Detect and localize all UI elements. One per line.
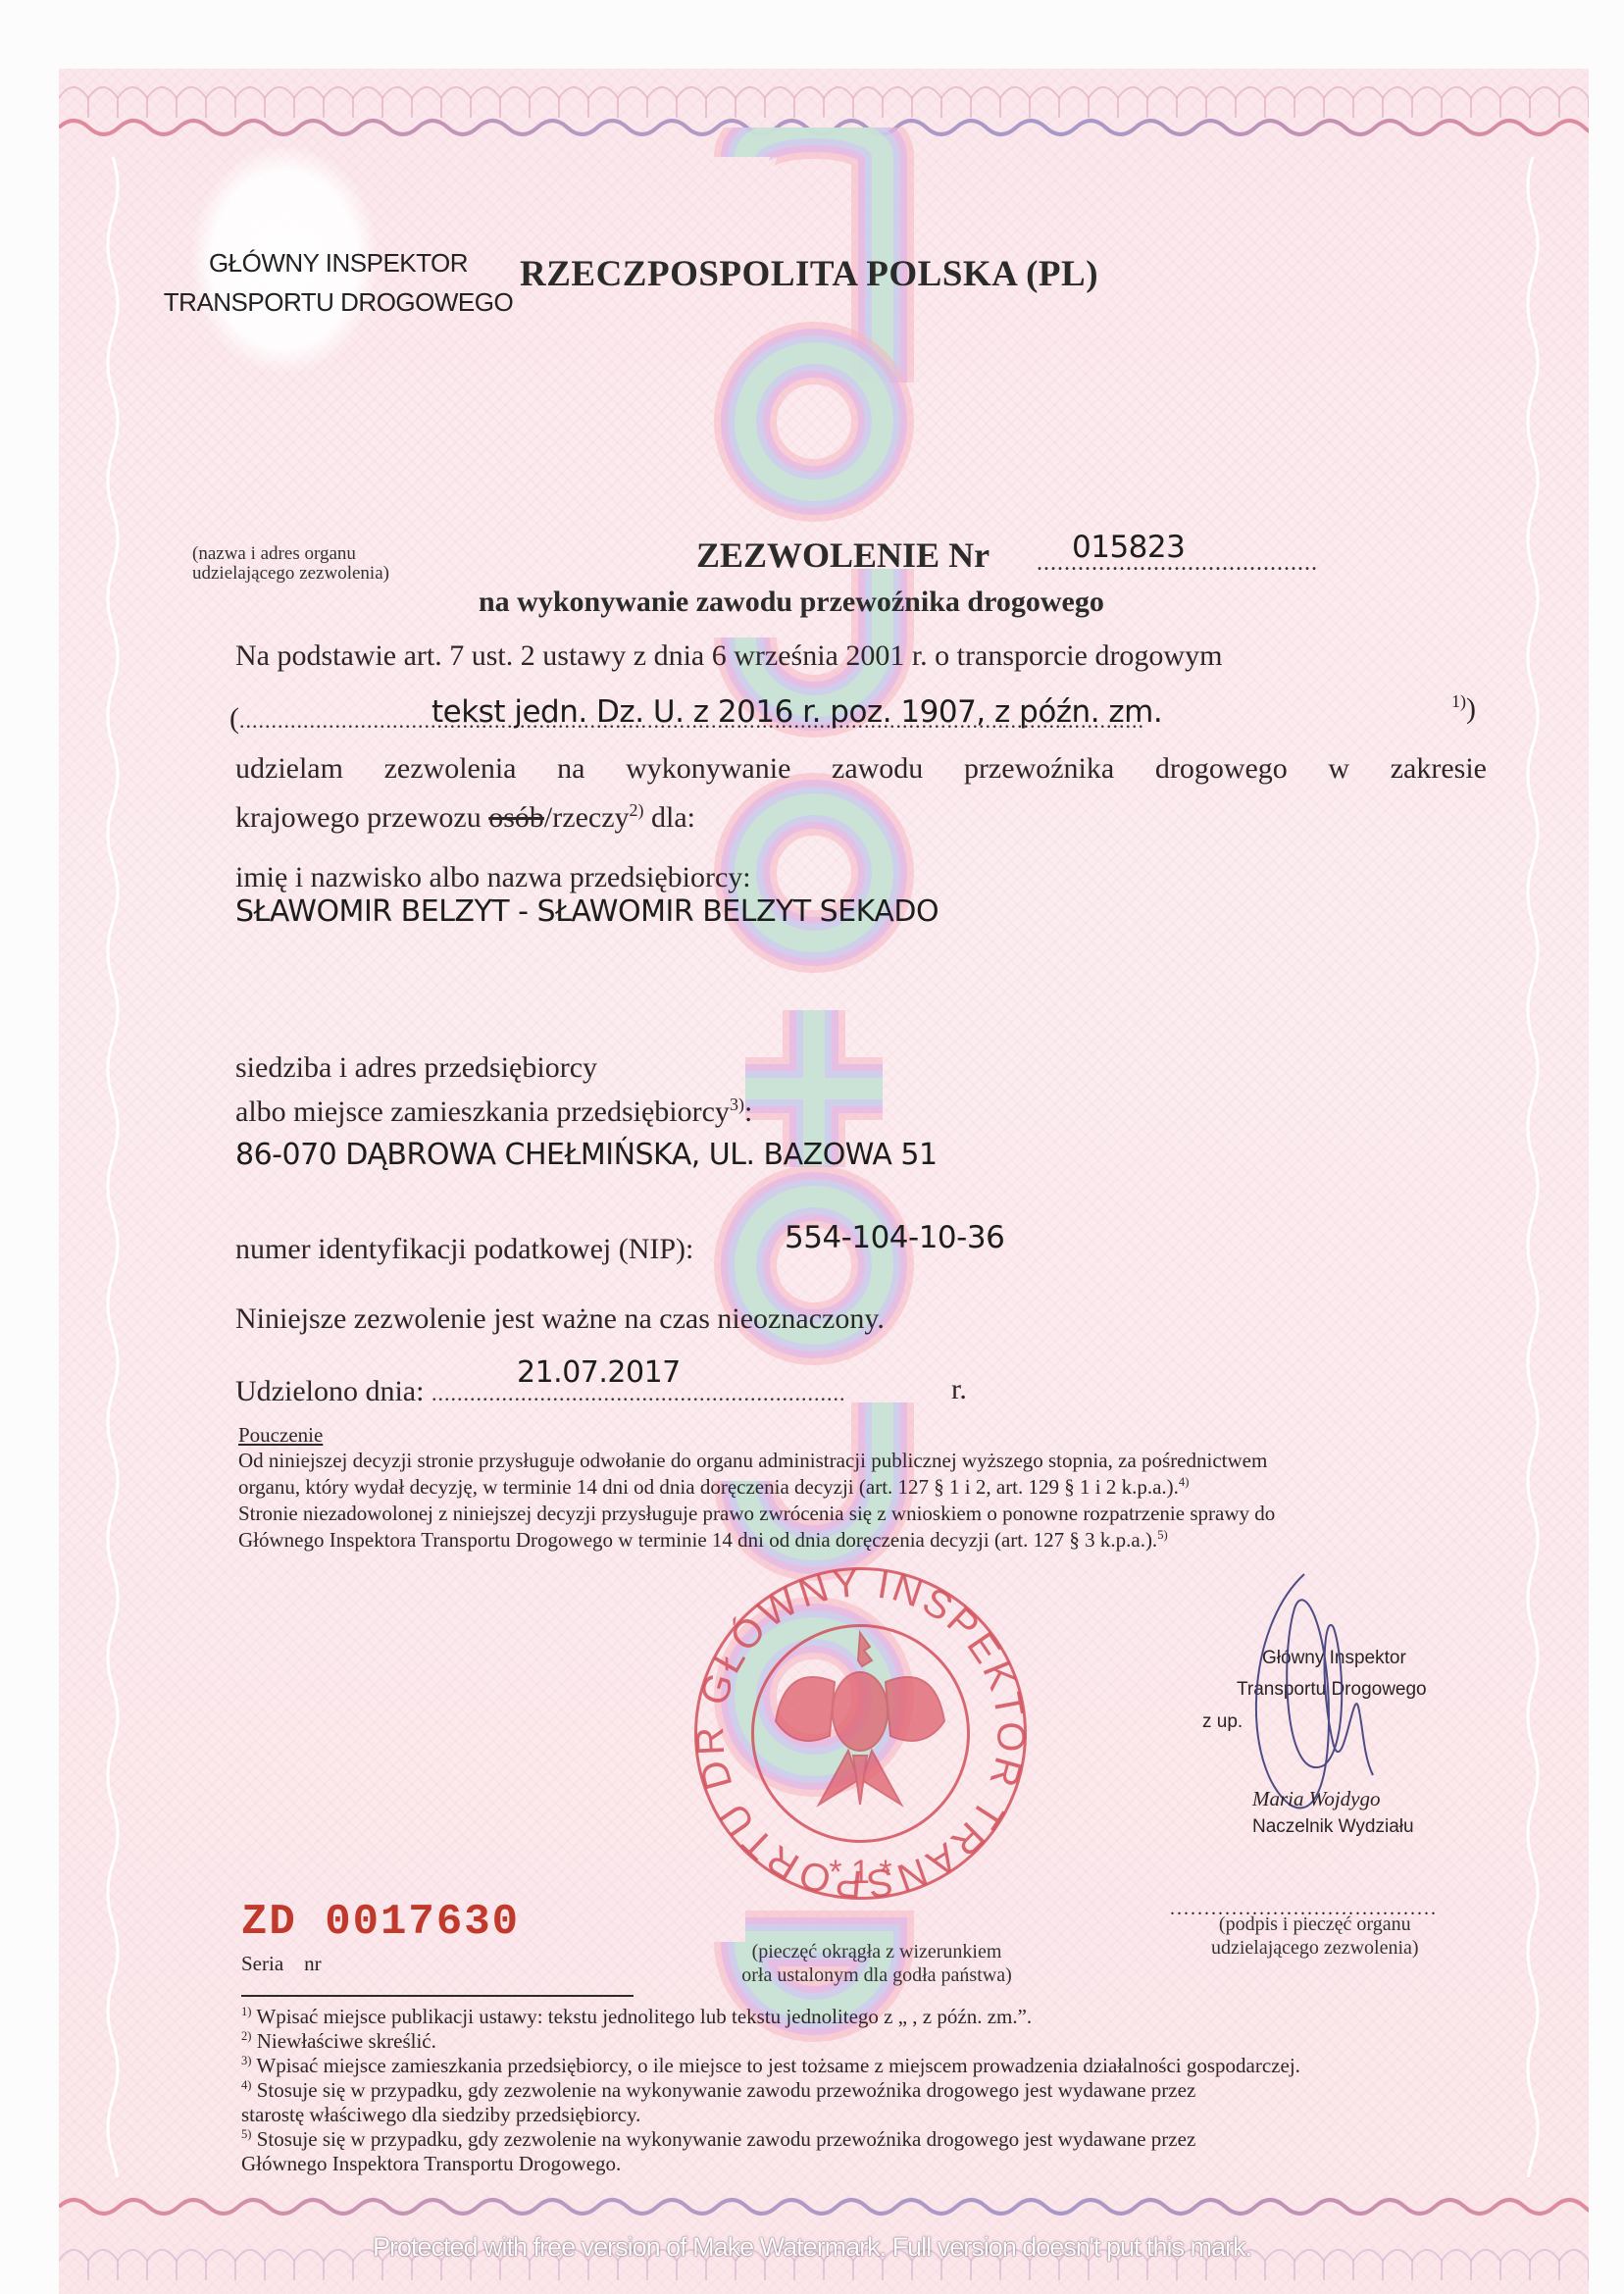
overlay-watermark-text: Protected with free version of Make Wate… — [0, 2232, 1624, 2263]
struck-option: osób — [488, 801, 544, 834]
footnotes: 1) Wpisać miejsce publikacji ustawy: tek… — [241, 2005, 1300, 2176]
series-number: ZD 0017630 — [241, 1898, 520, 1947]
footnote-1: 1) Wpisać miejsce publikacji ustawy: tek… — [241, 2005, 1300, 2029]
signature-caption: (podpis i pieczęć organu udzielającego z… — [1211, 1912, 1419, 1960]
issued-suffix: r. — [951, 1373, 967, 1406]
bottom-guilloche-border — [59, 2167, 1589, 2285]
seal-caption: (pieczęć okrągła z wizerunkiem orła usta… — [720, 1940, 1034, 1987]
nip-label: numer identyfikacji podatkowej (NIP): — [235, 1233, 693, 1266]
permit-title-label: ZEZWOLENIE Nr — [696, 535, 990, 575]
publication-value: tekst jedn. Dz. U. z 2016 r. poz. 1907, … — [431, 694, 1162, 730]
instruction-text: Od niniejszej decyzji stronie przysługuj… — [238, 1448, 1275, 1554]
validity-statement: Niniejsze zezwolenie jest ważne na czas … — [235, 1302, 885, 1336]
permit-subtitle: na wykonywanie zawodu przewoźnika drogow… — [479, 586, 1104, 619]
legal-basis-line: Na podstawie art. 7 ust. 2 ustawy z dnia… — [235, 639, 1222, 673]
signer-name: Maria Wojdygo — [1252, 1787, 1380, 1811]
address-label-1: siedziba i adres przedsiębiorcy — [235, 1051, 597, 1085]
issuer-organization: GŁÓWNY INSPEKTOR TRANSPORTU DROGOWEGO — [147, 243, 530, 322]
footnote-2: 2) Niewłaściwe skreślić. — [241, 2029, 1300, 2054]
permit-title: ZEZWOLENIE Nr — [696, 535, 990, 576]
publication-footnote: 1)) — [1451, 692, 1476, 726]
issuer-hint-line-2: udzielającego zezwolenia) — [192, 564, 389, 584]
footnote-divider — [241, 1995, 634, 1997]
footnote-4: 4) Stosuje się w przypadku, gdy zezwolen… — [241, 2078, 1300, 2103]
handwritten-signature — [1236, 1569, 1393, 1814]
transport-scope: krajowego przewozu osób/rzeczy2) dla: — [235, 801, 695, 835]
footnote-5: 5) Stosuje się w przypadku, gdy zezwolen… — [241, 2127, 1300, 2152]
right-wavy-edge — [1518, 157, 1548, 2177]
footnote-5-cont: Głównego Inspektora Transportu Drogowego… — [241, 2152, 1300, 2176]
eagle-emblem — [776, 1633, 944, 1805]
address-value: 86-070 DĄBROWA CHEŁMIŃSKA, UL. BAZOWA 51 — [235, 1138, 938, 1172]
left-wavy-edge — [98, 157, 127, 2177]
official-round-seal: GŁÓWNY INSPEKTOR TRANSPORTU DROGOWEGO * … — [691, 1564, 1030, 1903]
footnote-4-cont: starostę właściwego dla siedziby przedsi… — [241, 2103, 1300, 2127]
issuer-hint: (nazwa i adres organu udzielającego zezw… — [192, 544, 389, 584]
signer-position: Naczelnik Wydziału — [1252, 1816, 1414, 1838]
svg-text:* 1 *: * 1 * — [829, 1854, 891, 1891]
issuer-hint-line-1: (nazwa i adres organu — [192, 544, 389, 564]
footnote-3: 3) Wpisać miejsce zamieszkania przedsięb… — [241, 2054, 1300, 2078]
entrepreneur-name-value: SŁAWOMIR BELZYT - SŁAWOMIR BELZYT SEKADO — [235, 894, 939, 929]
issuer-line-1: GŁÓWNY INSPEKTOR — [147, 243, 530, 282]
country-title: RZECZPOSPOLITA POLSKA (PL) — [520, 253, 1098, 295]
instruction-heading: Pouczenie — [238, 1422, 323, 1449]
issuer-line-2: TRANSPORTU DROGOWEGO — [147, 282, 530, 322]
entrepreneur-name-label: imię i nazwisko albo nazwa przedsiębiorc… — [235, 861, 751, 894]
series-labels: Seria nr — [241, 1952, 322, 1976]
nip-value: 554-104-10-36 — [785, 1220, 1004, 1255]
issued-date-value: 21.07.2017 — [517, 1355, 681, 1390]
permit-number: 015823 — [1072, 530, 1185, 565]
grant-statement: udzielam zezwolenia na wykonywanie zawod… — [235, 752, 1487, 786]
address-label-2: albo miejsce zamieszkania przedsiębiorcy… — [235, 1096, 752, 1129]
